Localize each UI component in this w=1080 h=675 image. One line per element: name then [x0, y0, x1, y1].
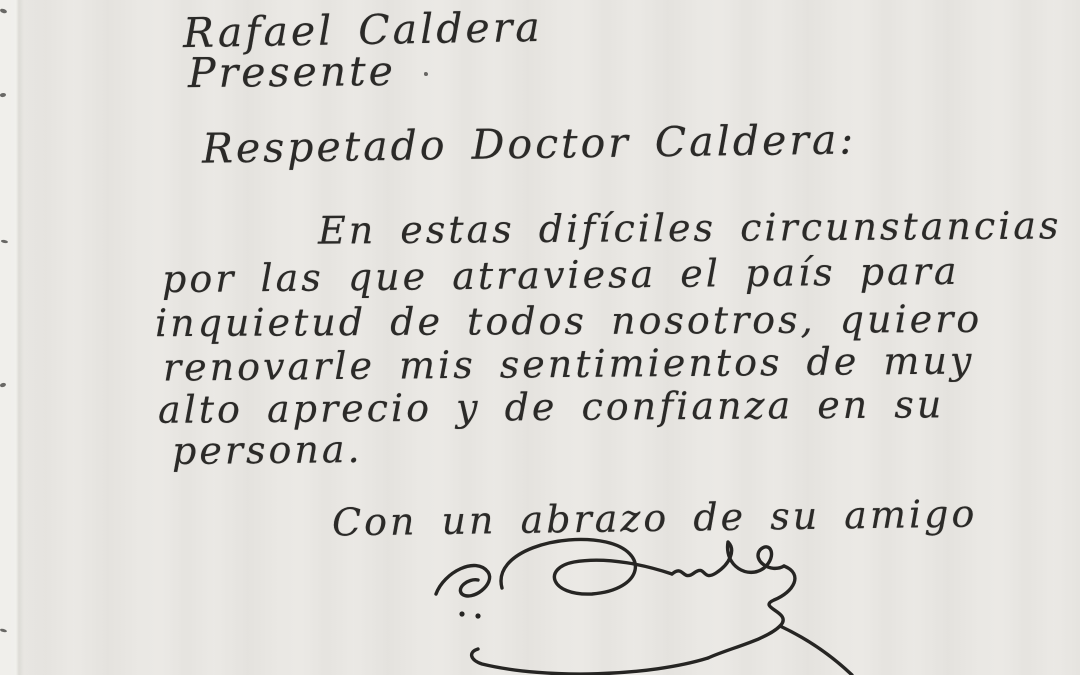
letter-page: Rafael Caldera Presente Respetado Doctor… — [0, 0, 1080, 675]
scan-speck — [0, 628, 7, 633]
scan-speck — [1, 239, 8, 243]
body-line: persona. — [172, 427, 363, 473]
scan-speck — [0, 382, 7, 388]
body-line: por las que atraviesa el país para — [162, 249, 960, 301]
body-line: En estas difíciles circunstancias — [318, 203, 1062, 252]
salutation: Respetado Doctor Caldera: — [202, 115, 857, 172]
recipient-address: Presente — [188, 47, 396, 97]
scan-speck — [0, 92, 6, 97]
scan-speck — [424, 72, 428, 76]
scan-speck — [0, 8, 7, 14]
body-line: alto aprecio y de confianza en su — [158, 382, 945, 431]
body-line: inquietud de todos nosotros, quiero — [155, 297, 982, 345]
signature-graphic — [408, 528, 974, 675]
body-line: renovarle mis sentimientos de muy — [163, 338, 975, 389]
